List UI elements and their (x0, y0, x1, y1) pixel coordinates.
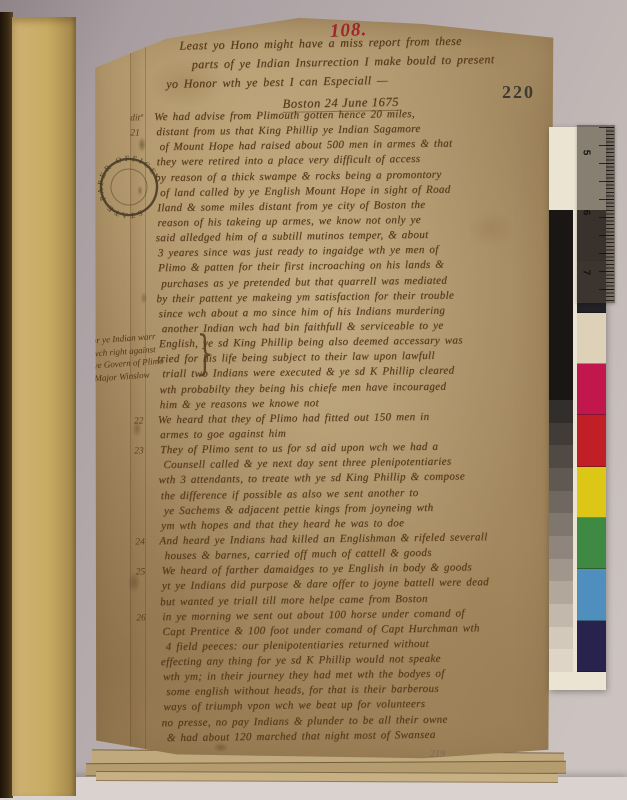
manuscript-line-text: tried for his life being subject to thei… (157, 350, 435, 365)
grayscale-step (549, 604, 573, 627)
grayscale-step (549, 536, 573, 559)
photographed-manuscript-scene: STATE PAPER OFFICE · 108. 220 219 Least … (0, 0, 627, 800)
manuscript-line-text: by reason of a thick swampe & rocks bein… (155, 168, 442, 184)
grayscale-black-block (549, 210, 573, 400)
manuscript-line-text: purchases as ye pretended but that quarr… (161, 274, 447, 289)
margin-day-number: 21 (130, 128, 156, 138)
color-patch (577, 415, 606, 466)
manuscript-line-text: We had advise from Plimouth gotten hence… (154, 108, 415, 123)
color-patch (577, 569, 606, 620)
letter-heading: Least yo Hono might have a miss report f… (163, 33, 495, 115)
manuscript-line-text: of Mount Hope had raised about 500 men i… (159, 138, 452, 154)
grayscale-column (549, 210, 573, 672)
grayscale-step (549, 649, 573, 672)
color-patch (577, 621, 606, 672)
manuscript-line-text: Iland & some miles distant from ye city … (157, 199, 425, 214)
grayscale-step (549, 491, 573, 514)
manuscript-line-text: Capt Prentice & 100 foot under comand of… (162, 622, 479, 638)
manuscript-line-text: since wch about a mo since him of his In… (159, 305, 446, 321)
manuscript-line-text: in ye morning we sent out about 100 hors… (162, 607, 465, 623)
manuscript-line-text: & had about 120 marched that night most … (167, 729, 436, 744)
manuscript-line-text: another Indian wch had bin faithfull & s… (162, 320, 444, 335)
manuscript-line-text: They of Plimo sent to us for sd aid upon… (160, 441, 438, 456)
manuscript-line-text: 4 field peeces: our plenipotentiaries re… (166, 638, 429, 653)
manuscript-line-text: distant from us that King Phillip ye Ind… (156, 123, 420, 138)
grayscale-step (549, 559, 573, 582)
manuscript-line-text: armes to goe against him (160, 428, 286, 442)
manuscript-line-text: And heard ye Indians had killed an Engli… (159, 531, 487, 547)
manuscript-line-text: wth 3 attendants, to treate wth ye sd Ki… (159, 471, 466, 487)
letter-body: ditº We had advise from Plimouth gotten … (130, 107, 548, 748)
manuscript-line-text: Counsell called & ye next day sent three… (163, 456, 451, 472)
manuscript-line-text: some english without heads, for that is … (166, 683, 439, 698)
grayscale-step (549, 627, 573, 650)
manuscript-line-text: of land called by ye English Mount Hope … (160, 183, 451, 199)
manuscript-line-text: the difference if possible as also we se… (161, 487, 419, 502)
page-stack-edge (96, 771, 558, 783)
grayscale-step (549, 581, 573, 604)
manuscript-line-text: We heard of farther damaidges to ye Engl… (162, 562, 472, 578)
color-patch (577, 467, 606, 518)
manuscript-line-text: houses & barnes, carried off much of cat… (164, 547, 431, 562)
manuscript-line-text: yt ye Indians did purpose & dare offer t… (162, 577, 489, 593)
grayscale-step (549, 423, 573, 446)
manuscript-line-text: Plimo & patten for their first incroachi… (158, 259, 444, 274)
margin-day-number: 25 (136, 567, 162, 577)
color-patch (577, 313, 606, 364)
manuscript-line-text: said alledged him of a subtill mutinos t… (156, 229, 429, 244)
ruler-number: 6 (580, 210, 591, 216)
grayscale-steps (549, 400, 573, 672)
manuscript-line-text: effecting any thing for ye sd K Phillip … (161, 653, 441, 668)
transparent-ruler: 567 (577, 125, 615, 303)
manuscript-line-text: ways of triumph vpon wch we beat up for … (163, 698, 425, 713)
manuscript-line-text: no presse, no pay Indians & plunder to b… (162, 713, 448, 728)
manuscript-page: STATE PAPER OFFICE · 108. 220 219 Least … (78, 14, 570, 782)
manuscript-line-text: him & ye reasons we knowe not (160, 397, 319, 411)
grayscale-step (549, 513, 573, 536)
adjacent-folio-edge (12, 17, 76, 796)
manuscript-line-text: English, ye sd King Phillip being also d… (159, 335, 463, 351)
manuscript-line-text: We heard that they of Plimo had fitted o… (158, 411, 430, 426)
margin-day-number: 24 (135, 537, 161, 547)
manuscript-line-text: ym wth hopes and that they heard he was … (161, 517, 404, 532)
ruler-number: 5 (580, 150, 591, 156)
manuscript-line-text: triall two Indians were executed & ye sd… (162, 365, 454, 381)
grayscale-step (549, 445, 573, 468)
margin-day-number: 26 (136, 613, 162, 623)
manuscript-line-text: 3 yeares since was just ready to ingaidg… (158, 244, 439, 259)
ruler-major-ticks (599, 127, 614, 301)
color-patch (577, 518, 606, 569)
manuscript-line-text: reason of his takeing up armes, we know … (157, 214, 421, 229)
manuscript-line-text: they were retired into a place very diff… (157, 153, 421, 168)
manuscript-line-text: ye Sachems & adjacent pettie kings from … (164, 502, 434, 517)
grayscale-step (549, 400, 573, 423)
margin-day-number: 22 (134, 416, 160, 426)
folio-number-stamp: 220 (502, 82, 535, 103)
color-patch (577, 364, 606, 415)
grayscale-step (549, 468, 573, 491)
margin-day-number: 23 (134, 446, 160, 456)
manuscript-line-text: wth probabilty they being his chiefe men… (159, 380, 446, 396)
manuscript-line-text: but wanted ye triall till more helpe cam… (160, 592, 428, 607)
ruler-number: 7 (580, 270, 591, 276)
manuscript-line-text: wth ym; in their journey they had met wt… (163, 668, 445, 683)
manuscript-line-text: by their pattent ye makeing ym satisfact… (156, 289, 454, 305)
margin-day-number: ditº (130, 113, 156, 123)
